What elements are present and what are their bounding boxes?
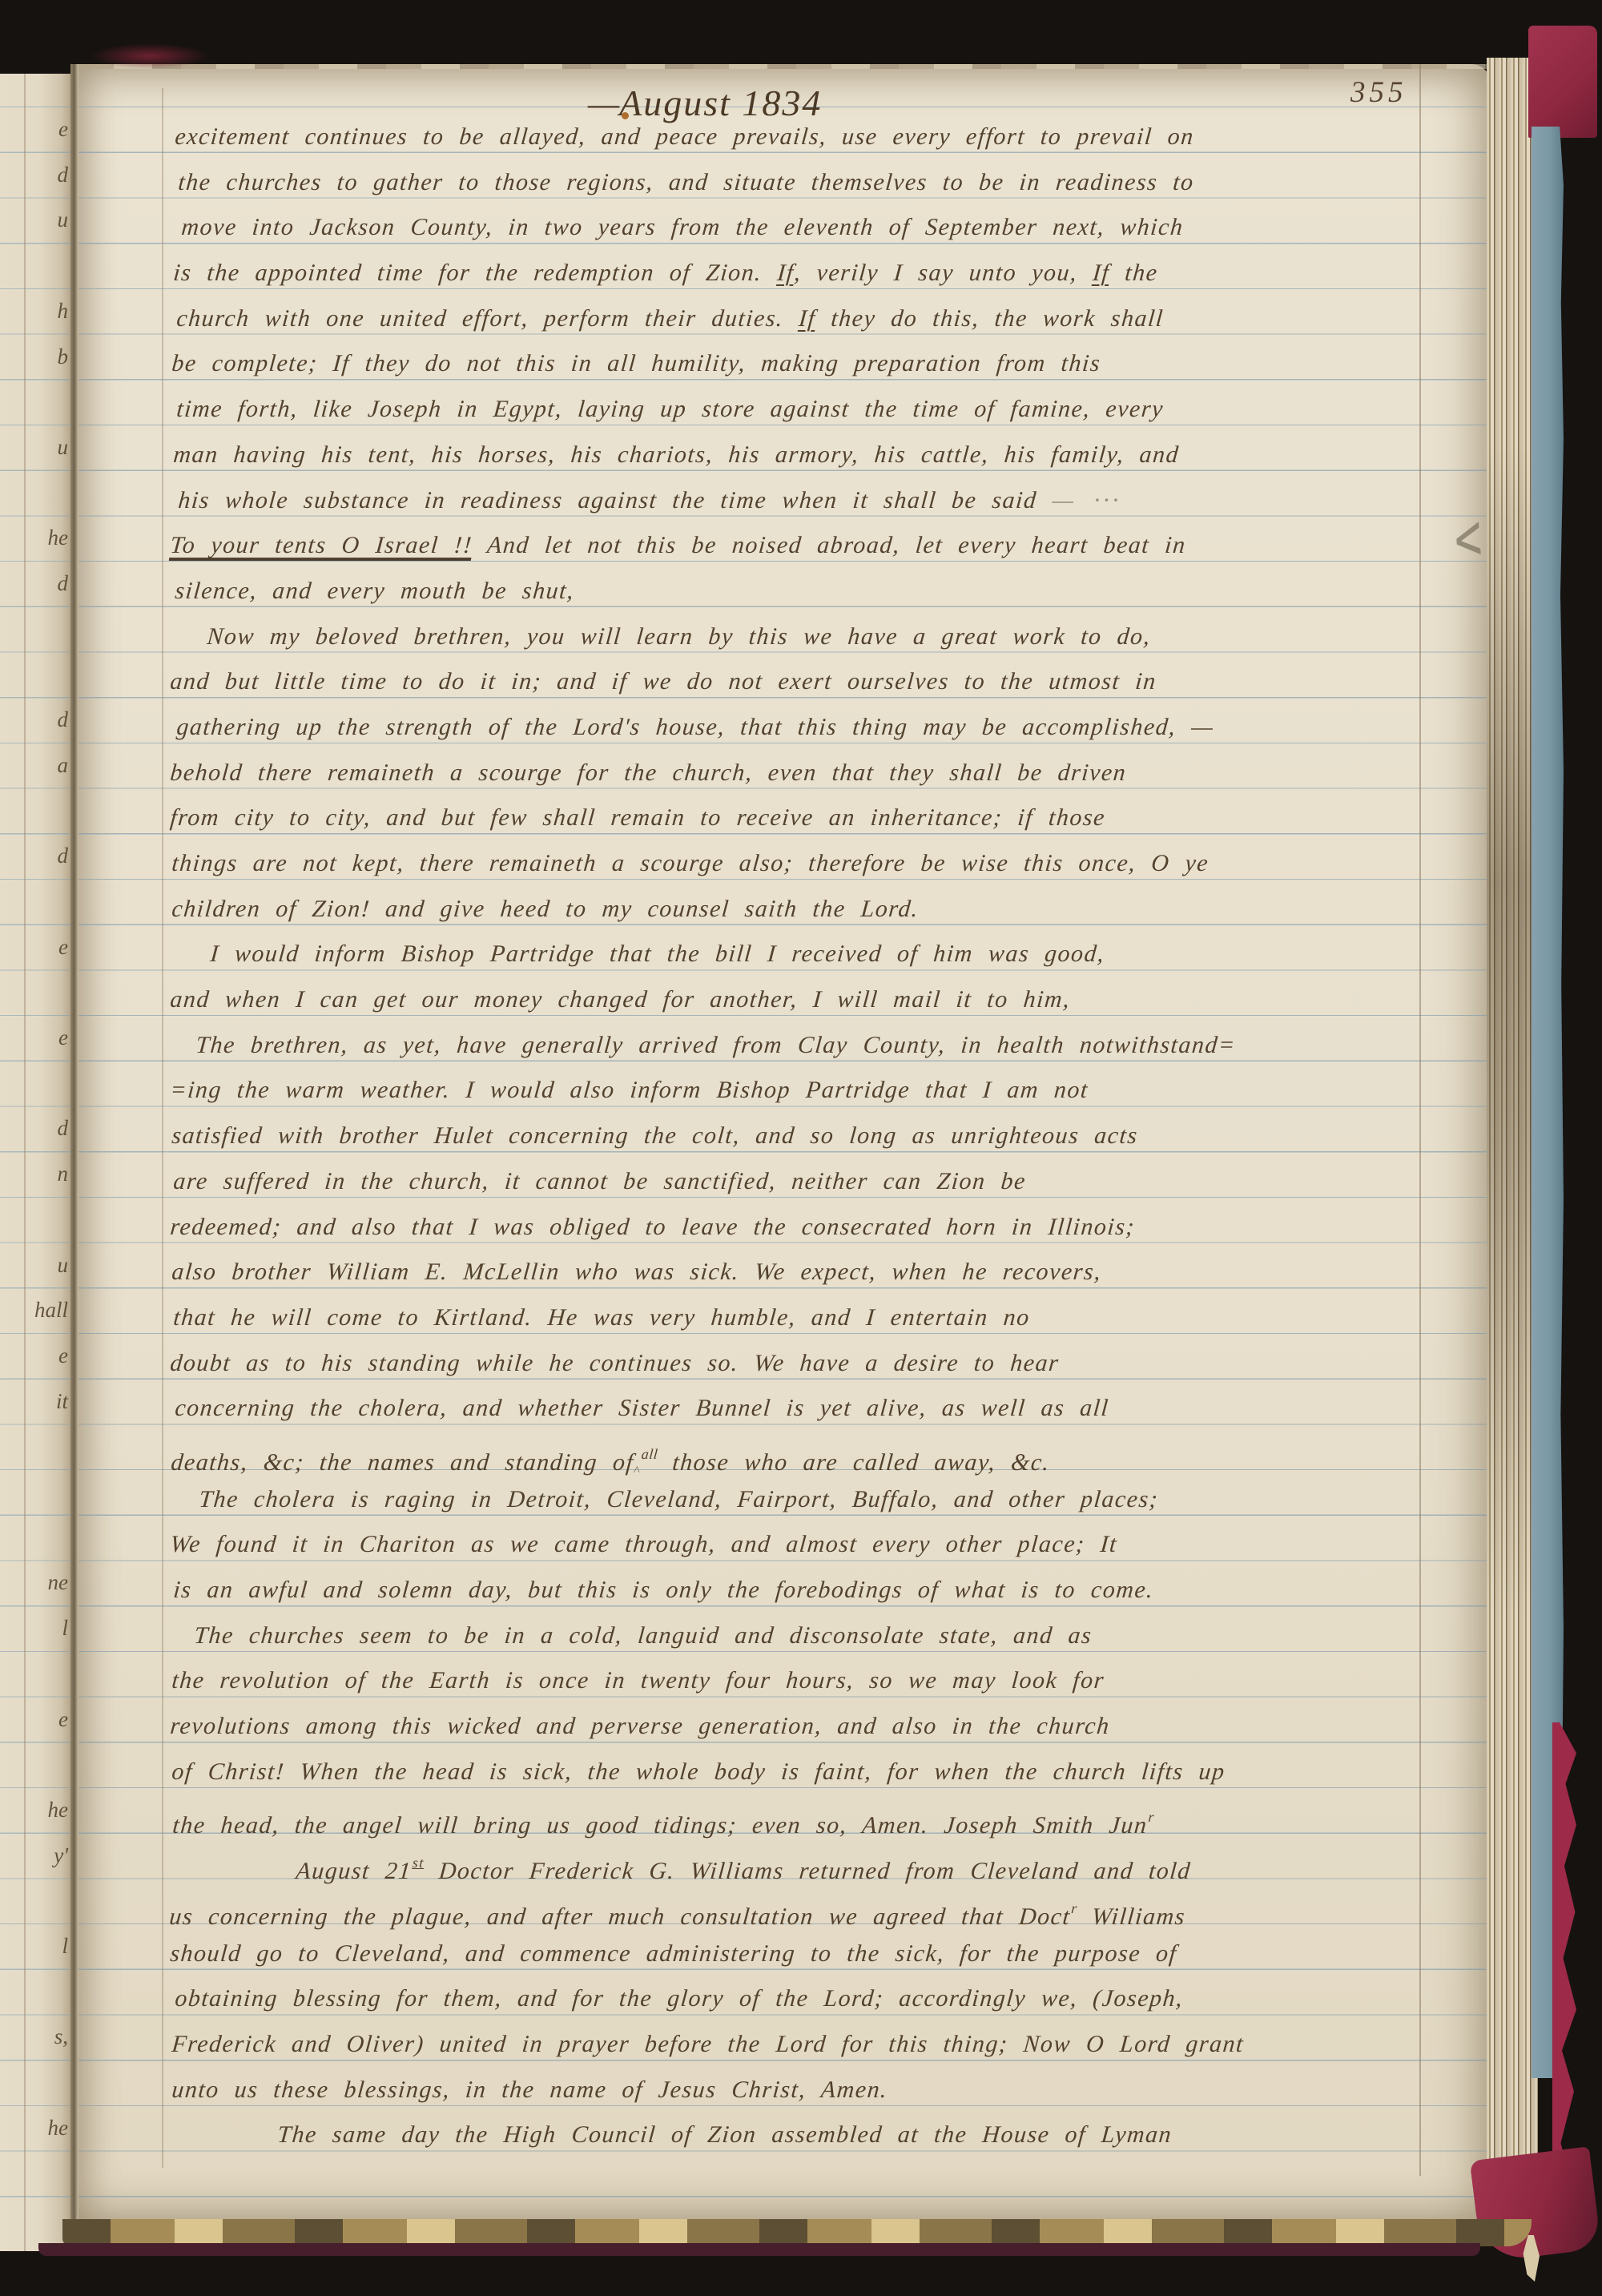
manuscript-segment: time forth, like Joseph in Egypt, laying… [175, 396, 1165, 422]
facing-page-fragment: e [58, 1707, 68, 1732]
manuscript-line: The brethren, as yet, have generally arr… [168, 1023, 1430, 1069]
manuscript-segment-u2: To your tents O Israel !! [169, 532, 473, 561]
left-margin-line [162, 88, 163, 2168]
manuscript-line: =ing the warm weather. I would also info… [168, 1068, 1430, 1114]
manuscript-segment-sup: r [1148, 1809, 1155, 1825]
manuscript-segment: The brethren, as yet, have generally arr… [195, 1032, 1237, 1058]
manuscript-line: of Christ! When the head is sick, the wh… [168, 1750, 1430, 1795]
manuscript-line: also brother William E. McLellin who was… [168, 1250, 1430, 1295]
manuscript-line: and but little time to do it in; and if … [168, 659, 1430, 705]
facing-page-fragment: b [58, 344, 69, 369]
manuscript-segment: concerning the cholera, and whether Sist… [174, 1395, 1110, 1421]
manuscript-segment: revolutions among this wicked and perver… [169, 1713, 1111, 1739]
manuscript-line: satisfied with brother Hulet concerning … [168, 1114, 1430, 1159]
red-cover-top [1528, 26, 1597, 138]
manuscript-segment-u: If [798, 305, 817, 332]
facing-page-fragment: y' [54, 1843, 68, 1868]
manuscript-segment: silence, and every mouth be shut, [174, 578, 575, 604]
facing-page-fragment: ne [48, 1570, 68, 1595]
manuscript-segment: that he will come to Kirtland. He was ve… [172, 1304, 1031, 1331]
manuscript-segment: Frederick and Oliver) united in prayer b… [171, 2031, 1245, 2057]
manuscript-line: unto us these blessings, in the name of … [168, 2068, 1430, 2113]
facing-page-edge: eduhbuheddadeednuhalleitnelehey'ls,he [0, 74, 72, 2251]
manuscript-line: the head, the angel will bring us good t… [168, 1795, 1430, 1840]
manuscript-segment: man having his tent, his horses, his cha… [172, 441, 1181, 468]
manuscript-line: excitement continues to be allayed, and … [168, 115, 1430, 160]
manuscript-segment: Doctor Frederick G. Williams returned fr… [423, 1858, 1193, 1884]
facing-page-fragment: hall [34, 1298, 68, 1323]
manuscript-line: We found it in Chariton as we came throu… [168, 1522, 1430, 1568]
manuscript-line: church with one united effort, perform t… [168, 296, 1430, 342]
manuscript-line: deaths, &c; the names and standing of^al… [168, 1432, 1430, 1477]
manuscript-segment: is the appointed time for the redemption… [172, 260, 779, 286]
manuscript-segment: The cholera is raging in Detroit, Clevel… [198, 1486, 1160, 1513]
manuscript-line: should go to Cleveland, and commence adm… [168, 1931, 1430, 1977]
manuscript-line: his whole substance in readiness against… [168, 478, 1430, 524]
manuscript-segment: children of Zion! and give heed to my co… [171, 896, 920, 922]
manuscript-line: is an awful and solemn day, but this is … [168, 1568, 1430, 1613]
manuscript-segment: also brother William E. McLellin who was… [171, 1259, 1103, 1285]
facing-page-fragment: u [58, 435, 69, 460]
facing-page-fragment: d [58, 163, 69, 187]
manuscript-line: Now my beloved brethren, you will learn … [168, 614, 1430, 660]
manuscript-segment: the [1109, 260, 1159, 286]
manuscript-line: gathering up the strength of the Lord's … [168, 705, 1430, 751]
facing-page-fragment: he [48, 2116, 68, 2141]
manuscript-segment: doubt as to his standing while he contin… [169, 1350, 1061, 1376]
manuscript-segment: The churches seem to be in a cold, langu… [193, 1622, 1093, 1649]
manuscript-line: that he will come to Kirtland. He was ve… [168, 1295, 1430, 1341]
manuscript-segment: his whole substance in readiness against… [177, 487, 1053, 514]
manuscript-line: move into Jackson County, in two years f… [168, 205, 1430, 251]
manuscript-segment: they do this, the work shall [815, 305, 1165, 332]
manuscript-segment: obtaining blessing for them, and for the… [174, 1985, 1185, 2012]
manuscript-segment: from city to city, and but few shall rem… [169, 804, 1106, 831]
manuscript-line: us concerning the plague, and after much… [168, 1886, 1430, 1931]
manuscript-segment: , verily I say unto you, [793, 260, 1093, 286]
manuscript-text: excitement continues to be allayed, and … [168, 115, 1426, 2158]
manuscript-segment: behold there remaineth a scourge for the… [169, 759, 1128, 786]
manuscript-segment: satisfied with brother Hulet concerning … [171, 1122, 1139, 1149]
manuscript-line: redeemed; and also that I was obliged to… [168, 1205, 1430, 1251]
manuscript-segment: should go to Cleveland, and commence adm… [169, 1940, 1178, 1967]
manuscript-segment: And let not this be noised abroad, let e… [471, 532, 1187, 558]
manuscript-line: behold there remaineth a scourge for the… [168, 751, 1430, 796]
manuscript-segment-u: If [1092, 260, 1111, 286]
manuscript-segment: unto us these blessings, in the name of … [171, 2076, 889, 2103]
facing-page-fragment: d [58, 571, 69, 596]
facing-page-fragment: a [58, 753, 69, 778]
manuscript-segment-sup: all [641, 1446, 658, 1462]
manuscript-line: August 21st Doctor Frederick G. Williams… [168, 1840, 1430, 1886]
manuscript-line: are suffered in the church, it cannot be… [168, 1159, 1430, 1205]
manuscript-segment: excitement continues to be allayed, and … [174, 123, 1195, 150]
cover-bottom-edge [38, 2243, 1480, 2256]
manuscript-line: doubt as to his standing while he contin… [168, 1341, 1430, 1387]
facing-page-fragment: e [58, 1343, 68, 1368]
manuscript-line: be complete; If they do not this in all … [168, 341, 1430, 387]
manuscript-line: from city to city, and but few shall rem… [168, 796, 1430, 841]
manuscript-segment: gathering up the strength of the Lord's … [175, 714, 1215, 740]
manuscript-segment: We found it in Chariton as we came throu… [169, 1531, 1118, 1557]
page-fore-edge [1487, 58, 1538, 2221]
manuscript-segment: the revolution of the Earth is once in t… [171, 1667, 1105, 1694]
facing-page-fragment: e [58, 935, 68, 960]
manuscript-line: the revolution of the Earth is once in t… [168, 1658, 1430, 1704]
manuscript-segment: August 21 [295, 1858, 413, 1884]
manuscript-segment-caret: ^ [633, 1463, 641, 1478]
manuscript-line: time forth, like Joseph in Egypt, laying… [168, 387, 1430, 433]
manuscript-segment: =ing the warm weather. I would also info… [169, 1077, 1089, 1103]
facing-page-margin-line [24, 74, 26, 2251]
red-stain-top-edge [90, 43, 210, 69]
manuscript-segment: and when I can get our money changed for… [169, 986, 1072, 1013]
facing-page-fragment: d [58, 707, 69, 732]
manuscript-segment: and but little time to do it in; and if … [169, 668, 1157, 695]
manuscript-segment: the churches to gather to those regions,… [177, 169, 1195, 195]
facing-page-fragment: l [62, 1934, 68, 1959]
manuscript-line: the churches to gather to those regions,… [168, 160, 1430, 206]
book-photo: eduhbuheddadeednuhalleitnelehey'ls,he — … [0, 0, 1602, 2296]
manuscript-line: things are not kept, there remaineth a s… [168, 841, 1430, 887]
manuscript-segment: Williams [1076, 1903, 1187, 1930]
facing-page-fragment: n [58, 1162, 69, 1186]
manuscript-line: man having his tent, his horses, his cha… [168, 433, 1430, 478]
facing-page-fragment: it [56, 1389, 68, 1414]
manuscript-segment: things are not kept, there remaineth a s… [171, 850, 1210, 876]
manuscript-segment: the head, the angel will bring us good t… [171, 1812, 1149, 1839]
manuscript-segment: deaths, &c; the names and standing of [170, 1449, 635, 1476]
facing-page-fragment: d [58, 1116, 69, 1141]
manuscript-segment: I would inform Bishop Partridge that the… [209, 941, 1106, 967]
gilt-page-edge [62, 2219, 1532, 2246]
facing-page-fragment: u [58, 207, 69, 232]
manuscript-line: Frederick and Oliver) united in prayer b… [168, 2022, 1430, 2068]
manuscript-line: To your tents O Israel !! And let not th… [168, 523, 1430, 569]
facing-page-fragment: h [58, 299, 69, 324]
manuscript-segment: is an awful and solemn day, but this is … [172, 1577, 1155, 1603]
manuscript-line: children of Zion! and give heed to my co… [168, 887, 1430, 932]
facing-page-fragment: u [58, 1253, 69, 1278]
manuscript-line: and when I can get our money changed for… [168, 977, 1430, 1023]
manuscript-segment-faint: — ··· [1051, 487, 1123, 514]
margin-pencil-mark: < [1452, 497, 1484, 579]
facing-page-fragment: e [58, 1025, 68, 1050]
manuscript-line: The same day the High Council of Zion as… [168, 2113, 1430, 2158]
facing-page-fragment: s, [54, 2024, 68, 2049]
manuscript-line: The churches seem to be in a cold, langu… [168, 1613, 1430, 1659]
manuscript-segment: Now my beloved brethren, you will learn … [206, 623, 1152, 650]
manuscript-segment: are suffered in the church, it cannot be… [172, 1168, 1027, 1194]
facing-page-fragment: d [58, 844, 69, 868]
manuscript-segment: be complete; If they do not this in all … [171, 350, 1102, 377]
manuscript-segment: move into Jackson County, in two years f… [180, 214, 1185, 240]
page-number: 355 [1350, 75, 1407, 110]
manuscript-line: concerning the cholera, and whether Sist… [168, 1386, 1430, 1432]
manuscript-line: is the appointed time for the redemption… [168, 251, 1430, 296]
manuscript-segment: of Christ! When the head is sick, the wh… [171, 1758, 1226, 1785]
manuscript-segment: those who are called away, &c. [656, 1449, 1051, 1476]
manuscript-segment: redeemed; and also that I was obliged to… [169, 1214, 1136, 1240]
manuscript-line: obtaining blessing for them, and for the… [168, 1976, 1430, 2022]
manuscript-line: silence, and every mouth be shut, [168, 569, 1430, 614]
facing-page-fragment: he [48, 526, 68, 550]
manuscript-segment: church with one united effort, perform t… [175, 305, 800, 332]
manuscript-line: revolutions among this wicked and perver… [168, 1704, 1430, 1750]
facing-page-fragment: l [62, 1616, 68, 1641]
manuscript-page: — August 1834 355 < excitement continues… [78, 64, 1491, 2224]
manuscript-line: The cholera is raging in Detroit, Clevel… [168, 1477, 1430, 1523]
manuscript-segment: us concerning the plague, and after much… [168, 1903, 1072, 1930]
facing-page-fragment: he [48, 1798, 68, 1823]
facing-page-fragment: e [58, 117, 68, 142]
manuscript-segment: The same day the High Council of Zion as… [276, 2121, 1173, 2148]
manuscript-line: I would inform Bishop Partridge that the… [168, 932, 1430, 977]
